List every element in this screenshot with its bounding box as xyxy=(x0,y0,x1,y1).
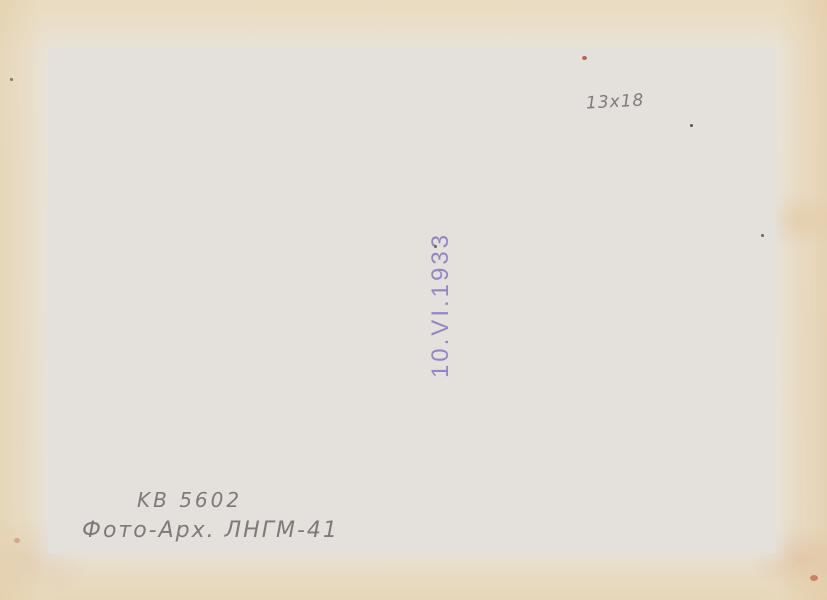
inventory-number: KB 5602 xyxy=(137,488,242,512)
archive-note: Фото-Арх. ЛНГМ-41 xyxy=(82,518,339,543)
dirt-speck xyxy=(761,234,764,237)
dirt-speck xyxy=(10,78,13,81)
rust-spot xyxy=(14,538,20,543)
size-note: 13x18 xyxy=(586,90,645,113)
inner-paper-panel xyxy=(48,48,776,553)
date-stamp: 10.VI.1933 xyxy=(427,232,455,378)
photo-card-back: 13x18 10.VI.1933 KB 5602 Фото-Арх. ЛНГМ-… xyxy=(0,0,827,600)
dirt-speck xyxy=(690,124,693,127)
rust-spot xyxy=(810,575,818,581)
dirt-speck xyxy=(434,245,437,248)
rust-spot xyxy=(582,56,587,60)
